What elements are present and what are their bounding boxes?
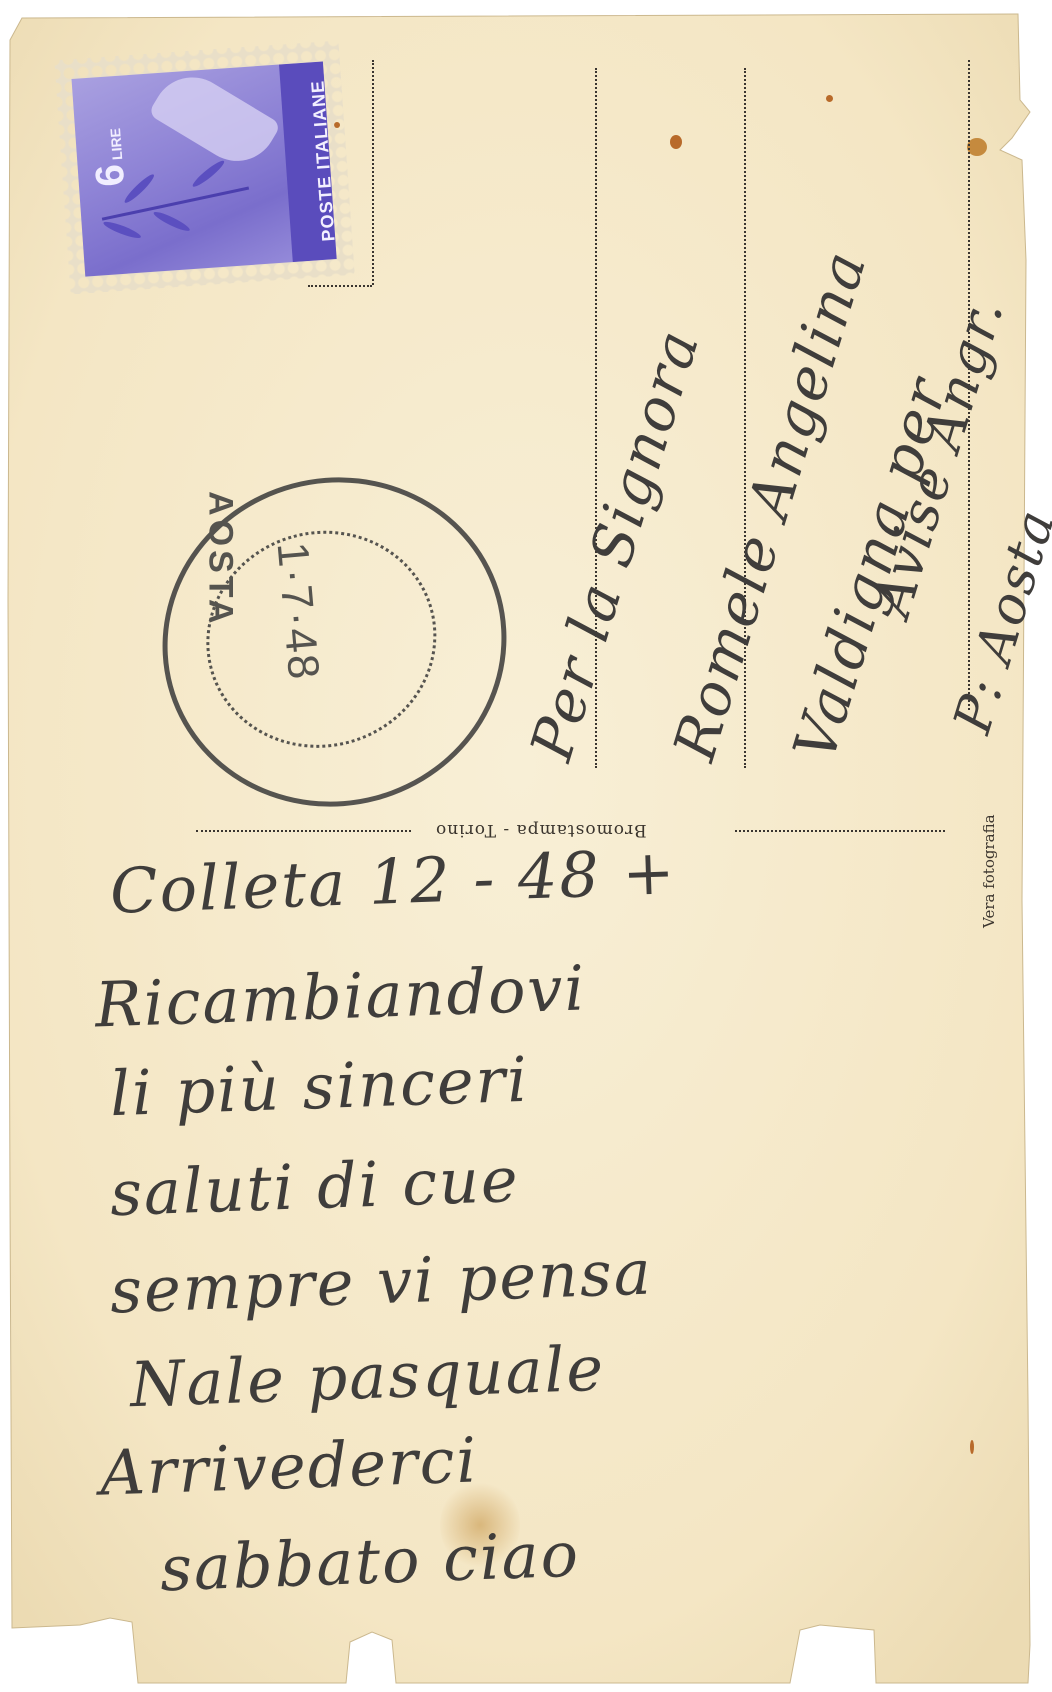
postcard: POSTE ITALIANE 6 LIRE Bromostampa - Tori… (0, 0, 1052, 1692)
stamp-box-line (372, 60, 374, 285)
stamp-image: POSTE ITALIANE 6 LIRE (72, 61, 337, 276)
leaf-icon (190, 158, 226, 189)
photo-label: Vera fotografia (980, 814, 998, 928)
message-line-3: li più sinceri (109, 1043, 530, 1131)
olive-branch-icon (102, 187, 249, 221)
message-line-8: sabbato ciao (159, 1518, 581, 1606)
message-line-4: saluti di cue (109, 1143, 521, 1230)
postmark-city: AOSTA (200, 491, 239, 627)
message-line-7: Arrivederci (99, 1423, 479, 1509)
divider-line (735, 830, 945, 832)
stamp-box-line (308, 285, 372, 287)
rust-spot (670, 135, 682, 149)
stamp-value-number: 6 (88, 163, 133, 188)
hand-illustration (148, 63, 282, 176)
leaf-icon (102, 219, 142, 241)
leaf-icon (152, 209, 191, 234)
postage-stamp: POSTE ITALIANE 6 LIRE (54, 40, 355, 294)
rust-spot (826, 95, 833, 102)
stamp-value: 6 LIRE (85, 127, 134, 188)
divider-line (196, 830, 411, 832)
rust-spot (970, 1440, 974, 1454)
stamp-currency: LIRE (107, 128, 125, 161)
rust-spot (967, 138, 987, 156)
